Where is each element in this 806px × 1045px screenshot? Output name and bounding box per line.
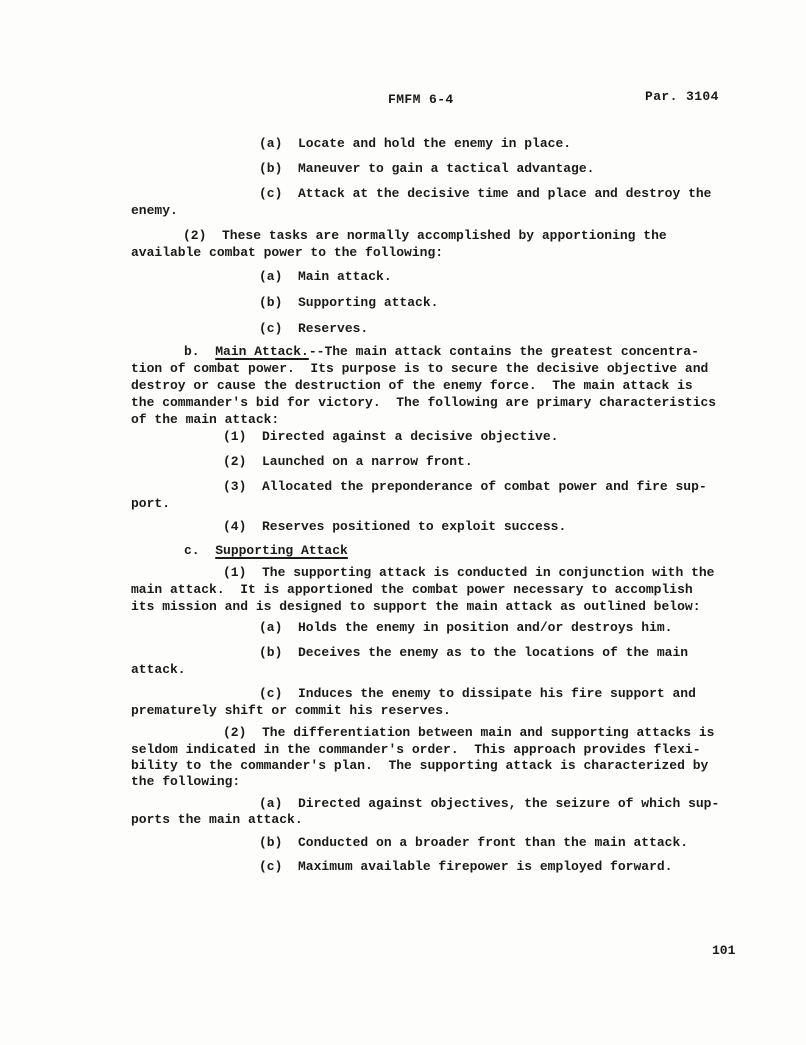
text-line: the commander's bid for victory. The fol… xyxy=(131,396,716,410)
text-segment: (a) Directed against objectives, the sei… xyxy=(259,796,719,811)
text-segment: (c) Reserves. xyxy=(259,321,368,336)
text-segment: port. xyxy=(131,496,170,511)
text-line: (2) These tasks are normally accomplishe… xyxy=(183,229,667,243)
text-segment: (1) Directed against a decisive objectiv… xyxy=(223,429,558,444)
text-segment: seldom indicated in the commander's orde… xyxy=(131,742,701,757)
text-segment: of the main attack: xyxy=(131,412,279,427)
text-segment: main attack. It is apportioned the comba… xyxy=(131,582,693,597)
text-segment: (2) These tasks are normally accomplishe… xyxy=(183,228,667,243)
underlined-heading-text: Supporting Attack xyxy=(215,543,348,558)
text-segment: attack. xyxy=(131,662,186,677)
text-line: seldom indicated in the commander's orde… xyxy=(131,743,701,757)
text-segment: --The main attack contains the greatest … xyxy=(309,344,699,359)
text-segment: ports the main attack. xyxy=(131,812,303,827)
text-line: (b) Conducted on a broader front than th… xyxy=(259,836,688,850)
text-line: destroy or cause the destruction of the … xyxy=(131,379,693,393)
text-line: (c) Induces the enemy to dissipate his f… xyxy=(259,687,696,701)
text-segment: available combat power to the following: xyxy=(131,245,443,260)
text-line: (2) Launched on a narrow front. xyxy=(223,455,473,469)
text-line: (2) The differentiation between main and… xyxy=(223,726,714,740)
text-segment: c. xyxy=(184,543,215,558)
text-line: (a) Main attack. xyxy=(259,270,392,284)
text-segment: b. xyxy=(184,344,215,359)
text-line: port. xyxy=(131,497,170,511)
page-number: 101 xyxy=(712,943,735,958)
text-segment: (c) Maximum available firepower is emplo… xyxy=(259,859,672,874)
header-par-ref: Par. 3104 xyxy=(645,89,719,104)
text-line: (1) Directed against a decisive objectiv… xyxy=(223,430,558,444)
text-segment: (b) Maneuver to gain a tactical advantag… xyxy=(259,161,594,176)
text-line: (b) Deceives the enemy as to the locatio… xyxy=(259,646,688,660)
text-line: the following: xyxy=(131,775,240,789)
text-line: of the main attack: xyxy=(131,413,279,427)
text-line: (1) The supporting attack is conducted i… xyxy=(223,566,714,580)
text-segment: (c) Induces the enemy to dissipate his f… xyxy=(259,686,696,701)
document-page: FMFM 6-4 Par. 3104 (a) Locate and hold t… xyxy=(0,0,806,1045)
text-line: (c) Reserves. xyxy=(259,322,368,336)
text-segment: the following: xyxy=(131,774,240,789)
text-line: (a) Holds the enemy in position and/or d… xyxy=(259,621,672,635)
text-segment: its mission and is designed to support t… xyxy=(131,599,701,614)
text-line: bility to the commander's plan. The supp… xyxy=(131,759,708,773)
text-line: (b) Supporting attack. xyxy=(259,296,438,310)
text-line: b. Main Attack.--The main attack contain… xyxy=(184,345,699,359)
text-line: tion of combat power. Its purpose is to … xyxy=(131,362,708,376)
text-segment: (a) Locate and hold the enemy in place. xyxy=(259,136,571,151)
text-line: (c) Attack at the decisive time and plac… xyxy=(259,187,711,201)
text-segment: (a) Main attack. xyxy=(259,269,392,284)
text-line: (4) Reserves positioned to exploit succe… xyxy=(223,520,566,534)
text-line: c. Supporting Attack xyxy=(184,544,348,558)
text-line: (b) Maneuver to gain a tactical advantag… xyxy=(259,162,594,176)
text-line: main attack. It is apportioned the comba… xyxy=(131,583,693,597)
text-line: (a) Directed against objectives, the sei… xyxy=(259,797,719,811)
text-line: enemy. xyxy=(131,204,178,218)
text-segment: (2) Launched on a narrow front. xyxy=(223,454,473,469)
header-doc-id: FMFM 6-4 xyxy=(388,92,454,107)
text-segment: (c) Attack at the decisive time and plac… xyxy=(259,186,711,201)
text-segment: (b) Conducted on a broader front than th… xyxy=(259,835,688,850)
text-segment: (b) Deceives the enemy as to the locatio… xyxy=(259,645,688,660)
text-segment: (2) The differentiation between main and… xyxy=(223,725,714,740)
text-segment: (1) The supporting attack is conducted i… xyxy=(223,565,714,580)
text-line: (a) Locate and hold the enemy in place. xyxy=(259,137,571,151)
text-segment: bility to the commander's plan. The supp… xyxy=(131,758,708,773)
text-line: ports the main attack. xyxy=(131,813,303,827)
text-segment: (b) Supporting attack. xyxy=(259,295,438,310)
text-segment: the commander's bid for victory. The fol… xyxy=(131,395,716,410)
text-line: (c) Maximum available firepower is emplo… xyxy=(259,860,672,874)
text-line: (3) Allocated the preponderance of comba… xyxy=(223,480,707,494)
text-segment: tion of combat power. Its purpose is to … xyxy=(131,361,708,376)
text-line: available combat power to the following: xyxy=(131,246,443,260)
text-line: its mission and is designed to support t… xyxy=(131,600,701,614)
text-line: attack. xyxy=(131,663,186,677)
text-segment: (a) Holds the enemy in position and/or d… xyxy=(259,620,672,635)
underlined-heading-text: Main Attack. xyxy=(215,344,309,359)
text-segment: prematurely shift or commit his reserves… xyxy=(131,703,451,718)
text-segment: (4) Reserves positioned to exploit succe… xyxy=(223,519,566,534)
text-segment: (3) Allocated the preponderance of comba… xyxy=(223,479,707,494)
text-segment: destroy or cause the destruction of the … xyxy=(131,378,693,393)
text-segment: enemy. xyxy=(131,203,178,218)
text-line: prematurely shift or commit his reserves… xyxy=(131,704,451,718)
